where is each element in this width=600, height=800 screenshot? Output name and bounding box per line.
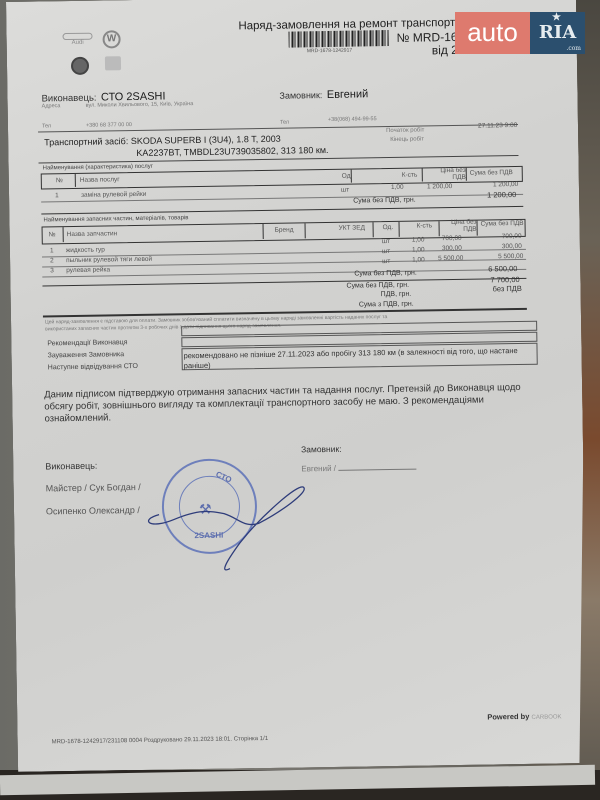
second-signature: Осипенко Олександр / — [46, 505, 140, 516]
parts-subtotal-value: 6 500,00 — [488, 264, 517, 273]
carbook-logo: CARBOOK — [531, 714, 561, 720]
col-price: Ціна без ПДВ — [442, 219, 476, 234]
col-unit: Од. — [383, 224, 394, 231]
col-sum: Сума без ПДВ — [470, 169, 513, 177]
end-label: Кінець робіт — [390, 136, 424, 143]
parts-title: Найменування запасних частин, матеріалів… — [43, 215, 188, 223]
vw-logo-icon: W — [102, 30, 120, 48]
watermark-ria: ★ RIA .com — [530, 12, 585, 54]
audi-logo-icon: Audi — [62, 33, 92, 43]
col-brand: Бренд — [275, 227, 294, 234]
vat-value: без ПДВ — [492, 284, 521, 293]
vehicle-model: SKODA SUPERB I (3U4), 1.8 T, 2003 — [131, 134, 281, 146]
address-label: Адреса — [42, 103, 61, 109]
print-info: MRD-1678-1242917/231108 0004 Роздрукован… — [52, 736, 269, 745]
company-stamp: СТО 2SASHI ⚒ — [161, 458, 257, 554]
divider — [39, 155, 519, 164]
vehicle-label: Транспортний засіб: — [44, 136, 128, 147]
col-no: № — [49, 231, 56, 238]
next-visit-value: рекомендовано не пізніше 27.11.2023 або … — [184, 346, 534, 371]
total-no-vat-value: 7 700,00 — [490, 275, 519, 284]
col-name: Назва запчастин — [67, 230, 118, 238]
brand-logos: Audi W — [58, 28, 139, 79]
customer: Замовник: Евгений — [279, 84, 368, 103]
master-signature: Майстер / Сук Богдан / — [46, 482, 141, 493]
services-title: Найменування (характеристика) послуг — [43, 164, 153, 172]
parts-subtotal-label: Сума без ПДВ, грн. — [354, 270, 417, 278]
col-qty: К-сть — [417, 222, 433, 229]
customer-signature-label: Замовник: — [301, 444, 342, 455]
star-icon: ★ — [552, 12, 561, 23]
start-label: Початок робіт — [386, 127, 424, 134]
col-code: УКТ ЗЕД — [339, 224, 365, 231]
col-no: № — [56, 177, 63, 184]
customer-name: Евгений — [327, 88, 369, 101]
customer-phone-label: Тел — [280, 120, 289, 126]
col-unit: Од. — [342, 173, 353, 180]
customer-notes-label: Зауваження Замовника — [48, 351, 125, 359]
next-visit-label: Наступне відвідування СТО — [48, 363, 138, 371]
contractor-recommendations-label: Рекомендації Виконавця — [47, 339, 127, 347]
col-sum: Сума без ПДВ — [480, 220, 523, 228]
contractor-phone: +380 68 377 00 00 — [86, 122, 132, 129]
autoria-watermark: auto ★ RIA .com — [455, 12, 587, 54]
services-subtotal-value: 1 200,00 — [487, 190, 516, 199]
col-qty: К-сть — [402, 172, 418, 179]
skoda-logo-icon — [71, 57, 89, 75]
contractor-phone-label: Тел — [42, 123, 51, 129]
customer-phone: +38(068) 494-99-55 — [328, 116, 377, 123]
barcode-icon — [288, 30, 388, 48]
barcode-text: MRD-1678-1242917 — [307, 48, 352, 55]
customer-signature: Евгений / — [301, 463, 416, 474]
services-subtotal-label: Сума без ПДВ, грн. — [353, 197, 416, 205]
total-no-vat-label: Сума без ПДВ, грн. — [346, 282, 409, 290]
powered-by: Powered by CARBOOK — [487, 711, 561, 721]
watermark-auto: auto — [455, 12, 530, 54]
vehicle-details: KA2237BT, TMBDL23U739035802, 313 180 км. — [136, 145, 328, 158]
col-name: Назва послуг — [80, 176, 120, 184]
customer-label: Замовник: — [279, 90, 322, 101]
confirmation-text: Даним підписом підтверджую отримання зап… — [44, 382, 540, 426]
vat-label: ПДВ, грн. — [381, 291, 412, 298]
work-order-document: Audi W Наряд-замовлення на ремонт трансп… — [6, 0, 588, 772]
wrench-icon: ⚒ — [199, 501, 212, 518]
contractor-signature-label: Виконавець: — [45, 461, 97, 472]
divider — [41, 206, 523, 215]
seat-logo-icon — [105, 56, 121, 70]
total-with-vat-label: Сума з ПДВ, грн. — [359, 301, 414, 309]
col-price: Ціна без ПДВ — [432, 167, 466, 182]
address-value: вул. Миколи Хвильового, 15, Київ, Україн… — [86, 101, 194, 109]
divider — [42, 278, 526, 287]
start-value: 27.11.23 9:00 — [478, 122, 517, 130]
